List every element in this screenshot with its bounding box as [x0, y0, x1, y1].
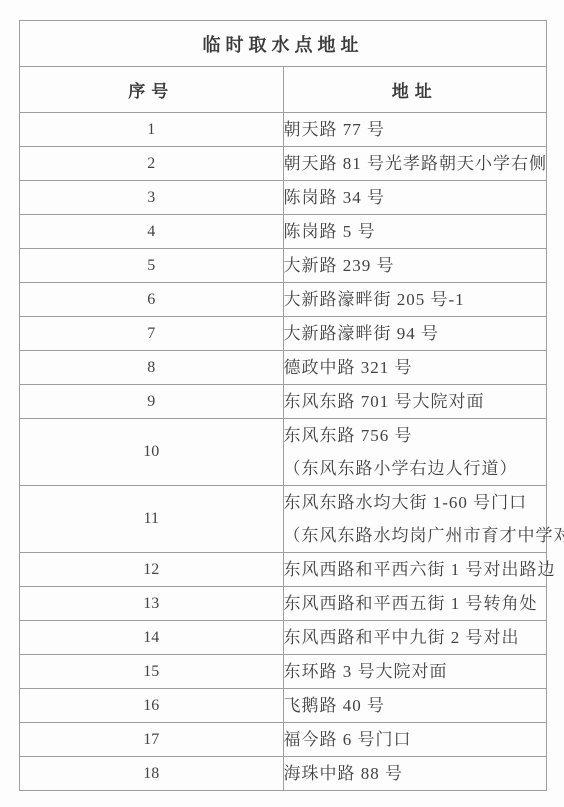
table-title: 临时取水点地址: [20, 21, 547, 67]
row-number: 4: [20, 215, 284, 249]
table-row: 5大新路 239 号: [20, 249, 547, 283]
row-address: 飞鹅路 40 号: [283, 689, 547, 723]
row-number: 3: [20, 181, 284, 215]
row-address: 东风东路水均大街 1-60 号门口（东风东路水均岗广州市育才中学对面）: [283, 486, 547, 553]
address-line: 东风东路 756 号: [284, 419, 547, 452]
address-line: 朝天路 81 号光孝路朝天小学右侧: [284, 147, 547, 180]
row-number: 6: [20, 283, 284, 317]
row-address: 陈岗路 5 号: [283, 215, 547, 249]
table-row: 4陈岗路 5 号: [20, 215, 547, 249]
address-line: （东风东路小学右边人行道）: [284, 452, 547, 485]
address-line: 飞鹅路 40 号: [284, 689, 547, 722]
table-head: 临时取水点地址 序号 地址: [20, 21, 547, 113]
row-number: 9: [20, 385, 284, 419]
row-number: 2: [20, 147, 284, 181]
row-number: 13: [20, 587, 284, 621]
table-row: 13东风西路和平西五街 1 号转角处: [20, 587, 547, 621]
water-points-table-container: 临时取水点地址 序号 地址 1朝天路 77 号2朝天路 81 号光孝路朝天小学右…: [19, 20, 547, 791]
row-address: 海珠中路 88 号: [283, 757, 547, 791]
document-page: 临时取水点地址 序号 地址 1朝天路 77 号2朝天路 81 号光孝路朝天小学右…: [0, 0, 564, 807]
row-number: 17: [20, 723, 284, 757]
table-row: 7大新路濠畔街 94 号: [20, 317, 547, 351]
address-line: 东风东路 701 号大院对面: [284, 385, 547, 418]
address-line: 大新路濠畔街 94 号: [284, 317, 547, 350]
table-row: 12东风西路和平西六街 1 号对出路边: [20, 553, 547, 587]
row-number: 7: [20, 317, 284, 351]
table-row: 9东风东路 701 号大院对面: [20, 385, 547, 419]
address-line: 福今路 6 号门口: [284, 723, 547, 756]
row-address: 东环路 3 号大院对面: [283, 655, 547, 689]
table-row: 10东风东路 756 号（东风东路小学右边人行道）: [20, 419, 547, 486]
row-address: 大新路 239 号: [283, 249, 547, 283]
row-address: 大新路濠畔街 94 号: [283, 317, 547, 351]
title-row: 临时取水点地址: [20, 21, 547, 67]
table-row: 18海珠中路 88 号: [20, 757, 547, 791]
row-number: 18: [20, 757, 284, 791]
row-number: 15: [20, 655, 284, 689]
row-address: 德政中路 321 号: [283, 351, 547, 385]
table-row: 8德政中路 321 号: [20, 351, 547, 385]
row-address: 东风西路和平中九街 2 号对出: [283, 621, 547, 655]
row-number: 8: [20, 351, 284, 385]
address-line: 大新路濠畔街 205 号-1: [284, 283, 547, 316]
row-number: 14: [20, 621, 284, 655]
table-row: 3陈岗路 34 号: [20, 181, 547, 215]
address-line: 陈岗路 5 号: [284, 215, 547, 248]
column-header-address: 地址: [283, 67, 547, 113]
row-number: 5: [20, 249, 284, 283]
row-address: 朝天路 77 号: [283, 113, 547, 147]
address-line: 东风西路和平中九街 2 号对出: [284, 621, 547, 654]
address-line: （东风东路水均岗广州市育才中学对面）: [284, 519, 547, 552]
row-number: 12: [20, 553, 284, 587]
row-address: 大新路濠畔街 205 号-1: [283, 283, 547, 317]
row-address: 东风东路 756 号（东风东路小学右边人行道）: [283, 419, 547, 486]
address-line: 东风西路和平西五街 1 号转角处: [284, 587, 547, 620]
address-line: 大新路 239 号: [284, 249, 547, 282]
row-number: 1: [20, 113, 284, 147]
water-points-table: 临时取水点地址 序号 地址 1朝天路 77 号2朝天路 81 号光孝路朝天小学右…: [19, 20, 547, 791]
row-address: 朝天路 81 号光孝路朝天小学右侧: [283, 147, 547, 181]
row-address: 东风西路和平西五街 1 号转角处: [283, 587, 547, 621]
row-number: 16: [20, 689, 284, 723]
table-row: 17福今路 6 号门口: [20, 723, 547, 757]
table-row: 2朝天路 81 号光孝路朝天小学右侧: [20, 147, 547, 181]
row-number: 11: [20, 486, 284, 553]
table-row: 11东风东路水均大街 1-60 号门口（东风东路水均岗广州市育才中学对面）: [20, 486, 547, 553]
address-line: 东风西路和平西六街 1 号对出路边: [284, 553, 547, 586]
row-number: 10: [20, 419, 284, 486]
address-line: 德政中路 321 号: [284, 351, 547, 384]
row-address: 福今路 6 号门口: [283, 723, 547, 757]
table-row: 6大新路濠畔街 205 号-1: [20, 283, 547, 317]
table-row: 16飞鹅路 40 号: [20, 689, 547, 723]
row-address: 东风东路 701 号大院对面: [283, 385, 547, 419]
table-row: 1朝天路 77 号: [20, 113, 547, 147]
address-line: 朝天路 77 号: [284, 113, 547, 146]
table-row: 14东风西路和平中九街 2 号对出: [20, 621, 547, 655]
table-body: 1朝天路 77 号2朝天路 81 号光孝路朝天小学右侧3陈岗路 34 号4陈岗路…: [20, 113, 547, 791]
address-line: 东风东路水均大街 1-60 号门口: [284, 486, 547, 519]
address-line: 东环路 3 号大院对面: [284, 655, 547, 688]
address-line: 海珠中路 88 号: [284, 757, 547, 790]
row-address: 陈岗路 34 号: [283, 181, 547, 215]
row-address: 东风西路和平西六街 1 号对出路边: [283, 553, 547, 587]
address-line: 陈岗路 34 号: [284, 181, 547, 214]
table-row: 15东环路 3 号大院对面: [20, 655, 547, 689]
header-row: 序号 地址: [20, 67, 547, 113]
column-header-number: 序号: [20, 67, 284, 113]
